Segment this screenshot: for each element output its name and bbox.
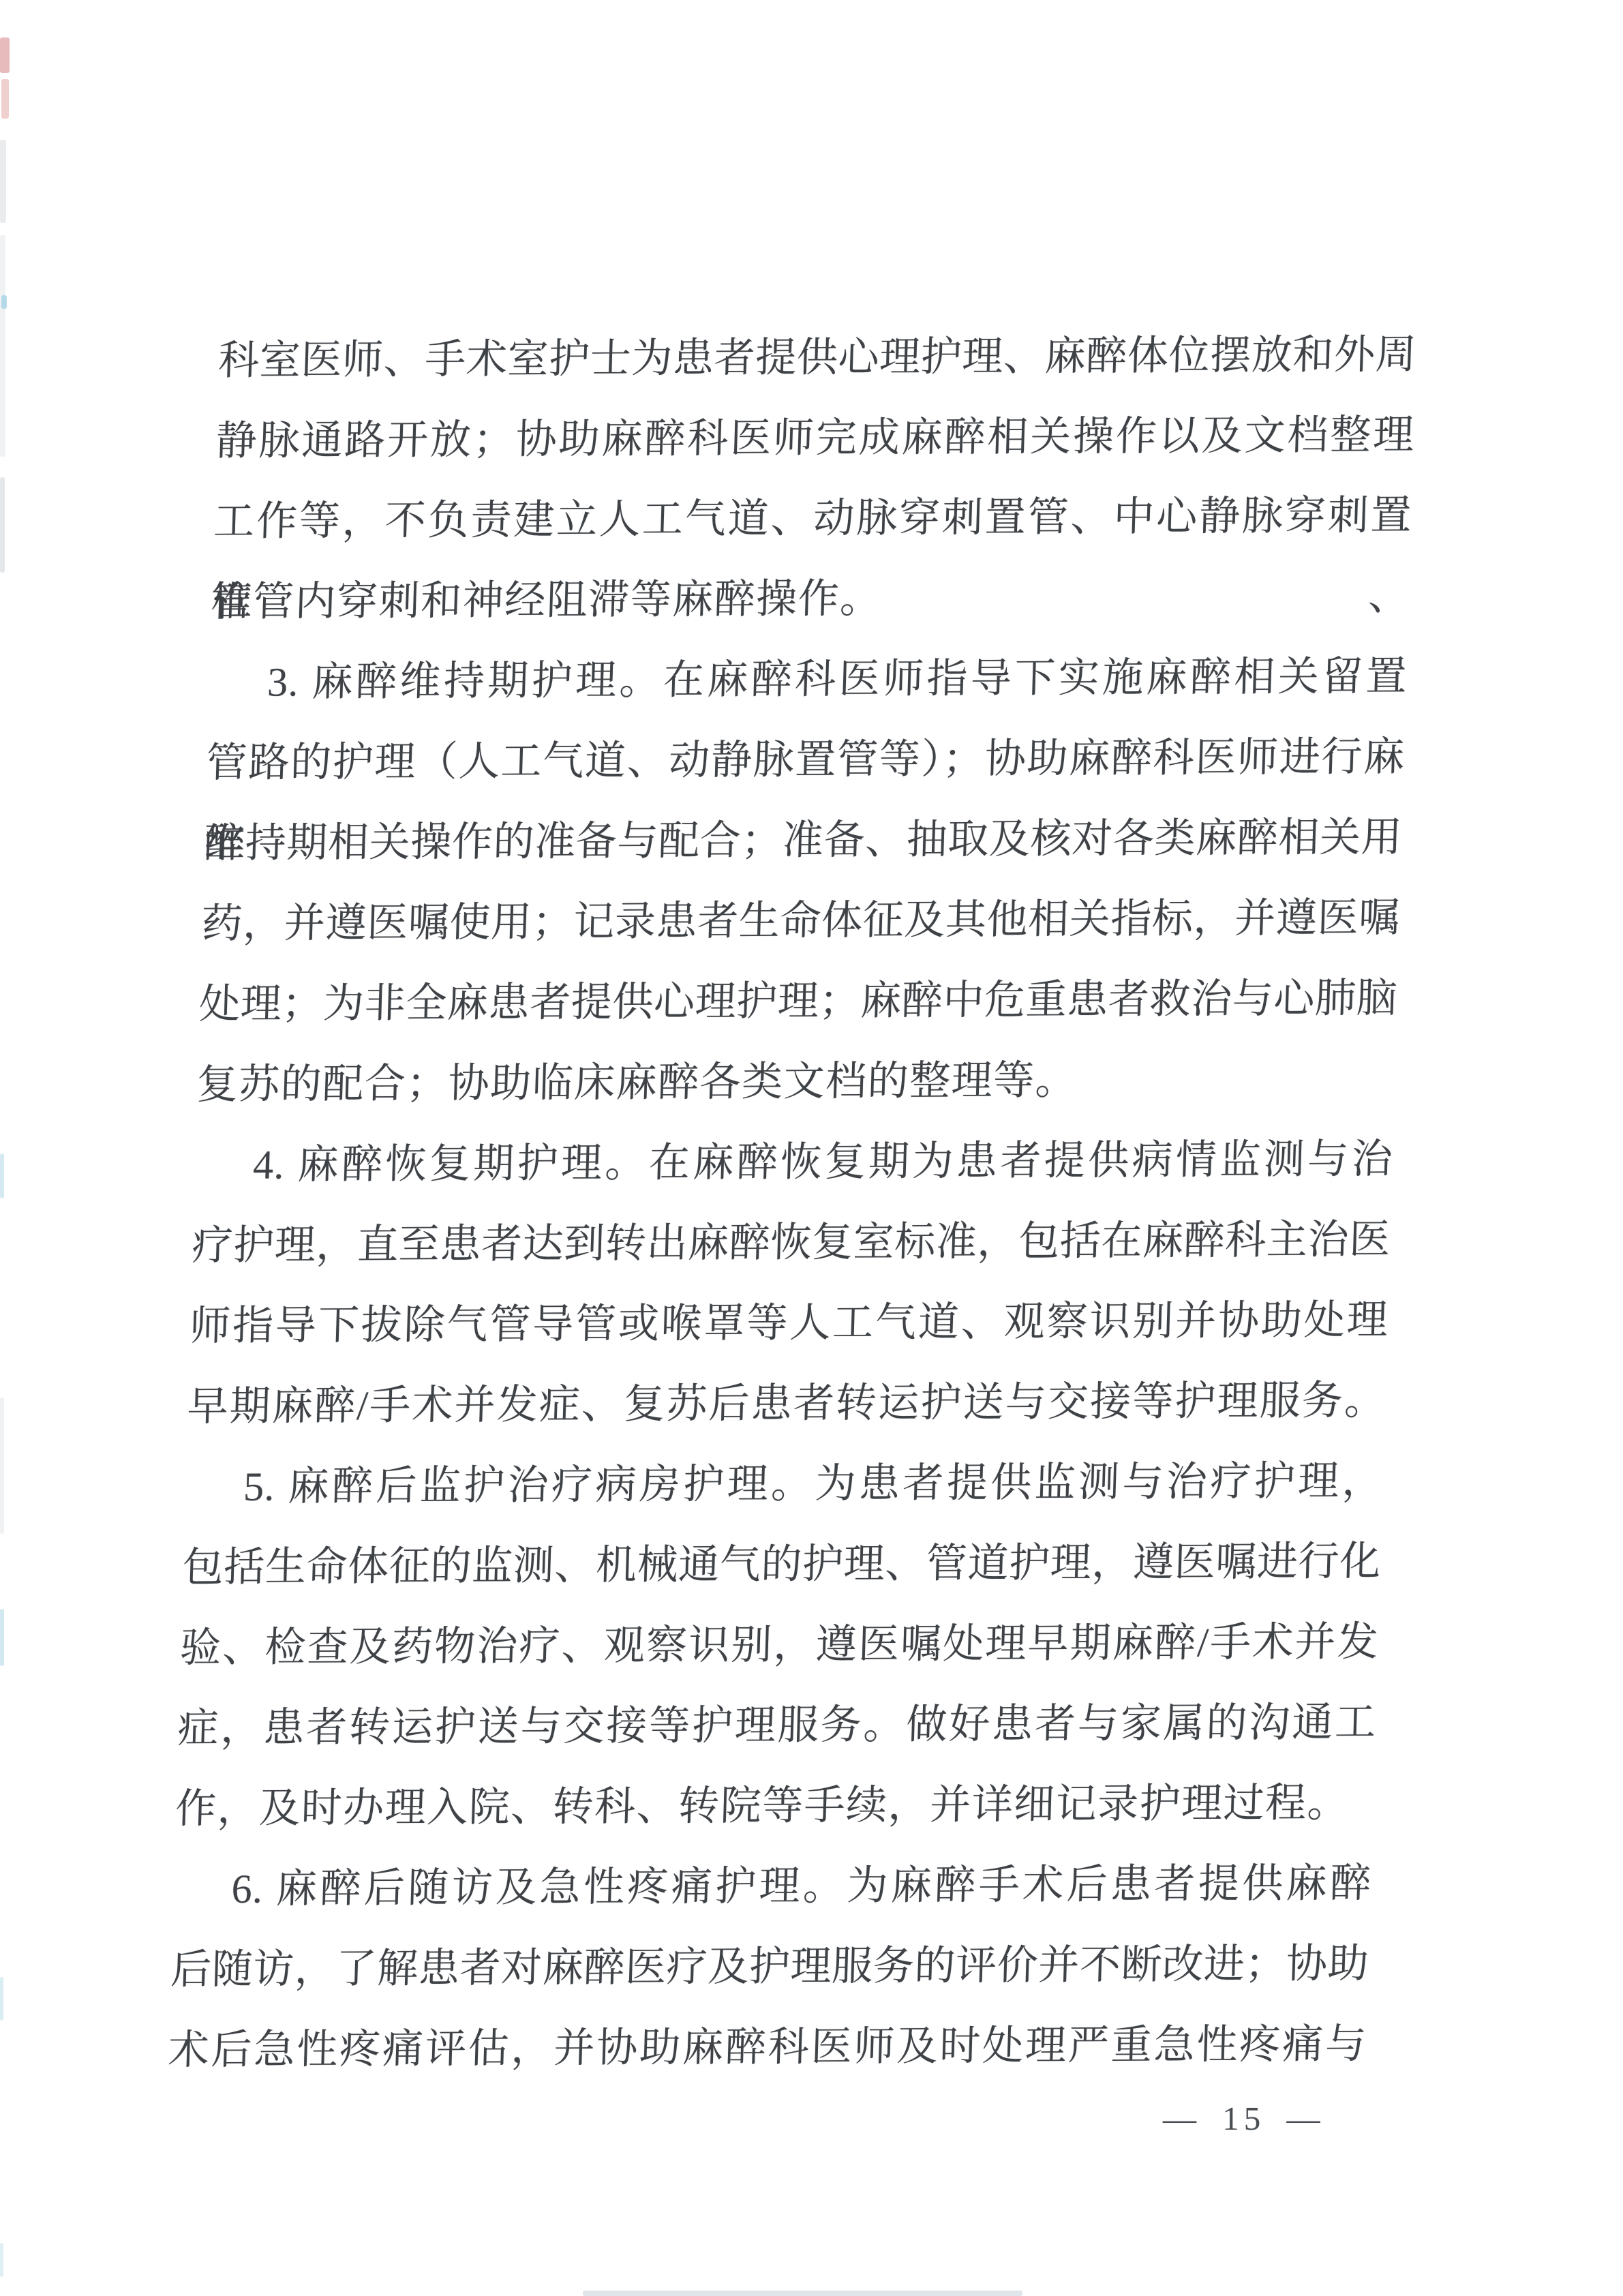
- text-line-1: 科室医师、手术室护士为患者提供心理护理、麻醉体位摆放和外周: [217, 314, 1417, 401]
- scanned-page-background: 科室医师、手术室护士为患者提供心理护理、麻醉体位摆放和外周静脉通路开放；协助麻醉…: [0, 0, 1623, 2296]
- text-line-16: 包括生命体征的监测、机械通气的护理、管道护理，遵医嘱进行化: [181, 1521, 1382, 1607]
- text-line-11: 4. 麻醉恢复期护理。在麻醉恢复期为患者提供病情监测与治: [193, 1119, 1393, 1205]
- text-line-21: 后随访，了解患者对麻醉医疗及护理服务的评价并不断改进；协助: [169, 1923, 1369, 2010]
- text-line-7: 维持期相关操作的准备与配合；准备、抽取及核对各类麻醉相关用: [202, 797, 1403, 883]
- text-line-8: 药，并遵医嘱使用；记录患者生命体征及其他相关指标，并遵医嘱: [200, 877, 1401, 964]
- page-number: — 15 —: [1163, 2100, 1325, 2138]
- text-line-13: 师指导下拔除气管导管或喉罩等人工气道、观察识别并协助处理: [188, 1280, 1389, 1366]
- text-line-15: 5. 麻醉后监护治疗病房护理。为患者提供监测与治疗护理，: [183, 1440, 1384, 1527]
- text-line-6: 管路的护理（人工气道、动静脉置管等）；协助麻醉科医师进行麻醉: [205, 716, 1406, 803]
- text-line-2: 静脉通路开放；协助麻醉科医师完成麻醉相关操作以及文档整理: [215, 395, 1415, 481]
- text-line-17: 验、检查及药物治疗、观察识别，遵医嘱处理早期麻醉/手术并发: [179, 1601, 1379, 1688]
- text-line-5: 3. 麻醉维持期护理。在麻醉科医师指导下实施麻醉相关留置: [207, 636, 1408, 723]
- text-line-22: 术后急性疼痛评估，并协助麻醉科医师及时处理严重急性疼痛与: [167, 2004, 1367, 2090]
- text-line-19: 作，及时办理入院、转科、转院等手续，并详细记录护理过程。: [174, 1762, 1374, 1849]
- text-line-9: 处理；为非全麻患者提供心理护理；麻醉中危重患者救治与心肺脑: [198, 958, 1398, 1044]
- text-line-14: 早期麻醉/手术并发症、复苏后患者转运护送与交接等护理服务。: [186, 1360, 1386, 1447]
- text-line-18: 症，患者转运护送与交接等护理服务。做好患者与家属的沟通工: [177, 1682, 1377, 1768]
- text-line-12: 疗护理，直至患者达到转出麻醉恢复室标准，包括在麻醉科主治医: [191, 1199, 1391, 1286]
- text-line-3: 工作等，不负责建立人工气道、动脉穿刺置管、中心静脉穿刺置管、: [212, 475, 1412, 562]
- body-text: 科室医师、手术室护士为患者提供心理护理、麻醉体位摆放和外周静脉通路开放；协助麻醉…: [167, 314, 1418, 2091]
- text-line-20: 6. 麻醉后随访及急性疼痛护理。为麻醉手术后患者提供麻醉: [172, 1843, 1372, 1929]
- document-page: { "page": { "width": 2381, "height": 336…: [0, 0, 1623, 2296]
- text-line-10: 复苏的配合；协助临床麻醉各类文档的整理等。: [196, 1038, 1396, 1125]
